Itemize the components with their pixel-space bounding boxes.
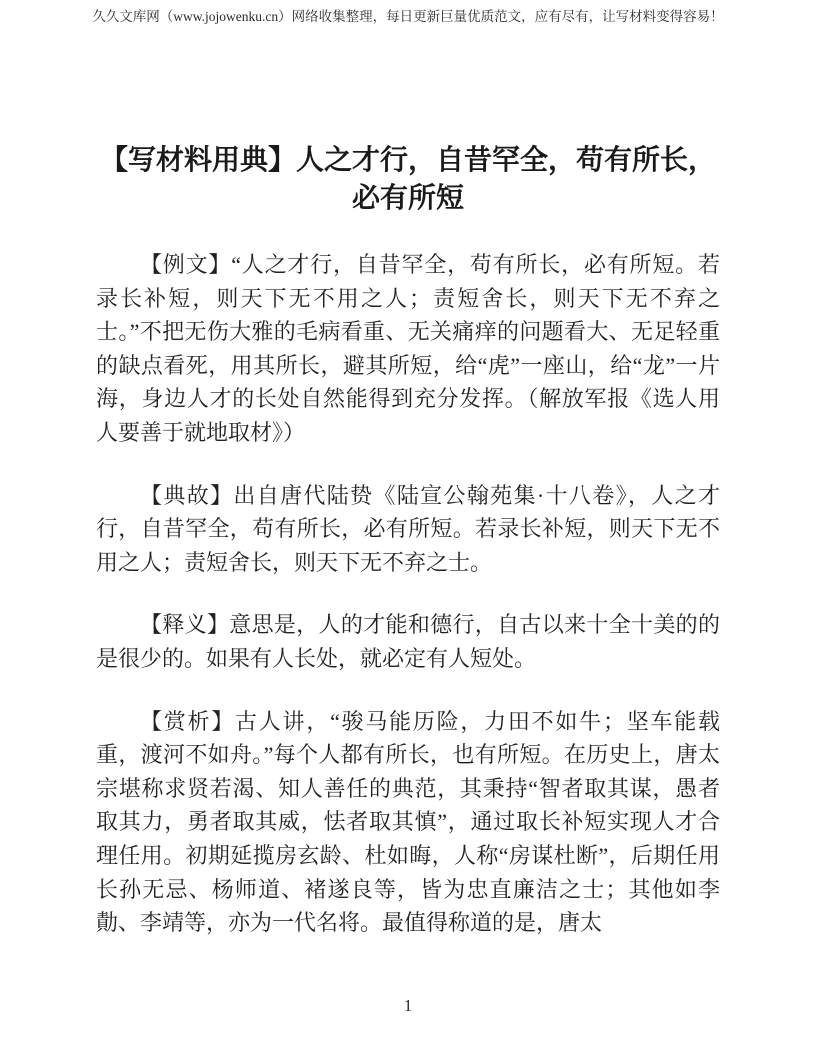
- document-title: 【写材料用典】人之才行，自昔罕全，苟有所长，必有所短: [96, 142, 720, 218]
- page-footer: 1: [0, 996, 816, 1016]
- document-content: 【写材料用典】人之才行，自昔罕全，苟有所长，必有所短 【例文】“人之才行，自昔罕…: [96, 142, 720, 969]
- document-page: 久久文库网（www.jojowenku.cn）网络收集整理，每日更新巨量优质范文…: [0, 0, 816, 1056]
- paragraph-appreciation-shangxi: 【赏析】古人讲，“骏马能历险，力田不如牛；坚车能载重，渡河不如舟。”每个人都有所…: [96, 705, 720, 940]
- page-header: 久久文库网（www.jojowenku.cn）网络收集整理，每日更新巨量优质范文…: [0, 8, 816, 26]
- paragraph-example-liwen: 【例文】“人之才行，自昔罕全，苟有所长，必有所短。若录长补短，则天下无不用之人；…: [96, 248, 720, 450]
- header-watermark-text: 久久文库网（www.jojowenku.cn）网络收集整理，每日更新巨量优质范文…: [92, 9, 723, 24]
- paragraph-definition-shiyi: 【释义】意思是，人的才能和德行，自古以来十全十美的的是很少的。如果有人长处，就必…: [96, 608, 720, 675]
- paragraph-allusion-diangu: 【典故】出自唐代陆贽《陆宣公翰苑集·十八卷》，人之才行，自昔罕全，苟有所长，必有…: [96, 479, 720, 580]
- page-number: 1: [404, 996, 413, 1015]
